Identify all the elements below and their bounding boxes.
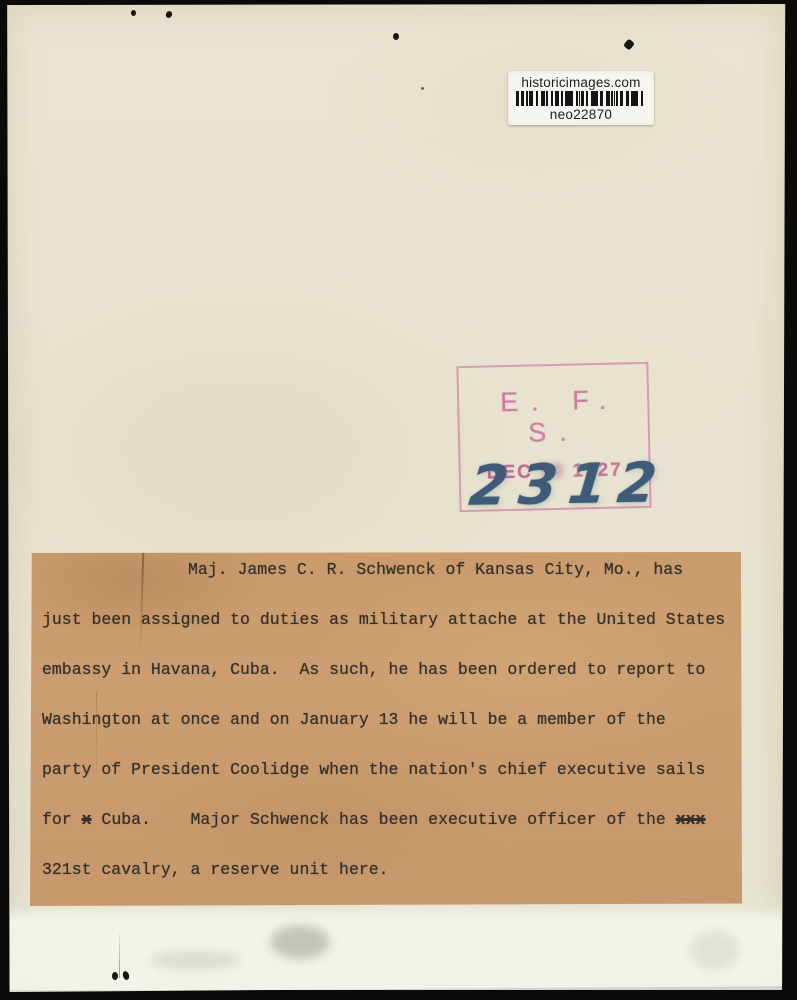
- inventory-label: historicimages.com neo22870: [508, 71, 654, 125]
- caption-line-6-text: Cuba. Major Schwenck has been executive …: [92, 810, 676, 829]
- paper-speck: [421, 87, 424, 90]
- struck-typo: xxx: [676, 810, 706, 829]
- caption-text: Maj. James C. R. Schwenck of Kansas City…: [42, 560, 734, 910]
- gray-smudge: [150, 950, 240, 970]
- caption-line-5: party of President Coolidge when the nat…: [42, 760, 734, 810]
- caption-line-3: embassy in Havana, Cuba. As such, he has…: [42, 660, 734, 710]
- paper-speck: [112, 972, 118, 980]
- caption-line-7: 321st cavalry, a reserve unit here.: [42, 860, 734, 910]
- barcode-icon: [516, 91, 646, 106]
- stamp-initials: E. F. S.: [459, 384, 648, 450]
- paper-speck: [131, 10, 136, 16]
- handwritten-number: 2312: [466, 450, 670, 517]
- label-code-text: neo22870: [550, 107, 612, 122]
- caption-line-4: Washington at once and on January 13 he …: [42, 710, 734, 760]
- caption-line-2: just been assigned to duties as military…: [42, 610, 734, 660]
- gray-smudge: [690, 930, 740, 970]
- caption-line-6-text: for: [42, 810, 82, 829]
- paper-speck: [393, 33, 399, 40]
- gray-smudge: [270, 925, 330, 959]
- caption-paper: Maj. James C. R. Schwenck of Kansas City…: [30, 552, 742, 906]
- scratch-line: [119, 934, 120, 978]
- struck-typo: x: [82, 810, 92, 829]
- caption-line-6: for x Cuba. Major Schwenck has been exec…: [42, 810, 734, 860]
- caption-line-1: Maj. James C. R. Schwenck of Kansas City…: [42, 560, 734, 610]
- label-site-text: historicimages.com: [521, 75, 640, 90]
